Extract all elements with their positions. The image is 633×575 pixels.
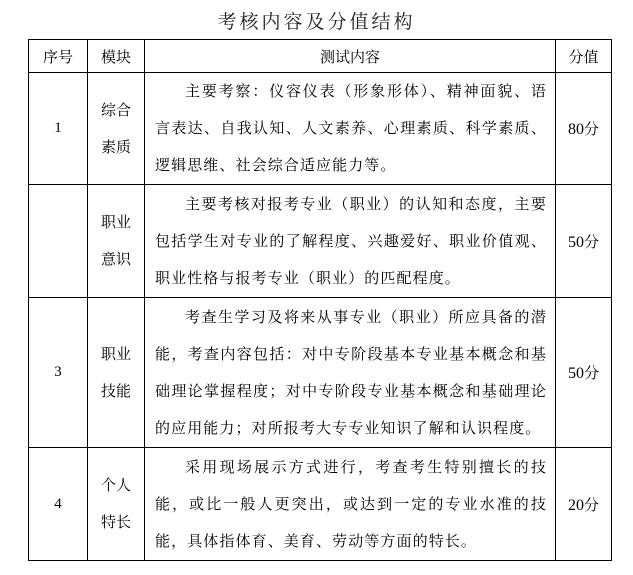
score-unit: 分: [584, 364, 599, 382]
row-content: 主要考察：仪容仪表（形象形体）、精神面貌、语言表达、自我认知、人文素养、心理素质…: [145, 73, 556, 185]
module-line: 意识: [88, 241, 144, 278]
row-content: 采用现场展示方式进行，考查考生特别擅长的技能，或比一般人更突出，或达到一定的专业…: [145, 448, 556, 561]
score-value: 20: [568, 497, 584, 514]
row-module: 职业 意识: [88, 185, 145, 298]
row-seq: 1: [29, 73, 88, 185]
row-module: 职业 技能: [88, 298, 145, 448]
table-row: 3 职业 技能 考查生学习及将来从事专业（职业）所应具备的潜能，考查内容包括：对…: [29, 298, 612, 448]
assessment-table: 序号 模块 测试内容 分值 1 综合 素质 主要考察：仪容仪表（形象形体）、精神…: [28, 39, 612, 561]
module-line: 综合: [88, 92, 144, 129]
row-score: 50分: [556, 298, 612, 448]
content-text: 主要考察：仪容仪表（形象形体）、精神面貌、语言表达、自我认知、人文素养、心理素质…: [155, 73, 547, 184]
score-unit: 分: [584, 496, 599, 514]
content-text: 考查生学习及将来从事专业（职业）所应具备的潜能，考查内容包括：对中专阶段基本专业…: [155, 299, 547, 447]
module-line: 特长: [88, 504, 144, 541]
table-row: 职业 意识 主要考核对报考专业（职业）的认知和态度，主要包括学生对专业的了解程度…: [29, 185, 612, 298]
module-line: 职业: [88, 204, 144, 241]
score-value: 50: [568, 234, 584, 251]
content-text: 采用现场展示方式进行，考查考生特别擅长的技能，或比一般人更突出，或达到一定的专业…: [155, 449, 547, 560]
score-value: 50: [568, 365, 584, 382]
row-content: 考查生学习及将来从事专业（职业）所应具备的潜能，考查内容包括：对中专阶段基本专业…: [145, 298, 556, 448]
score-value: 80: [568, 121, 584, 138]
table-row: 4 个人 特长 采用现场展示方式进行，考查考生特别擅长的技能，或比一般人更突出，…: [29, 448, 612, 561]
header-module: 模块: [88, 40, 145, 73]
header-score: 分值: [556, 40, 612, 73]
table-row: 1 综合 素质 主要考察：仪容仪表（形象形体）、精神面貌、语言表达、自我认知、人…: [29, 73, 612, 185]
module-line: 素质: [88, 129, 144, 166]
row-seq: 4: [29, 448, 88, 561]
module-line: 职业: [88, 336, 144, 373]
row-seq: 3: [29, 298, 88, 448]
row-module: 个人 特长: [88, 448, 145, 561]
module-line: 技能: [88, 373, 144, 410]
row-module: 综合 素质: [88, 73, 145, 185]
score-unit: 分: [584, 120, 599, 138]
row-score: 50分: [556, 185, 612, 298]
header-seq: 序号: [29, 40, 88, 73]
module-line: 个人: [88, 467, 144, 504]
table-header-row: 序号 模块 测试内容 分值: [29, 40, 612, 73]
header-content: 测试内容: [145, 40, 556, 73]
row-score: 80分: [556, 73, 612, 185]
row-content: 主要考核对报考专业（职业）的认知和态度，主要包括学生对专业的了解程度、兴趣爱好、…: [145, 185, 556, 298]
row-seq: [29, 185, 88, 298]
content-text: 主要考核对报考专业（职业）的认知和态度，主要包括学生对专业的了解程度、兴趣爱好、…: [155, 186, 547, 297]
score-unit: 分: [584, 233, 599, 251]
document-title: 考核内容及分值结构: [0, 7, 633, 34]
row-score: 20分: [556, 448, 612, 561]
